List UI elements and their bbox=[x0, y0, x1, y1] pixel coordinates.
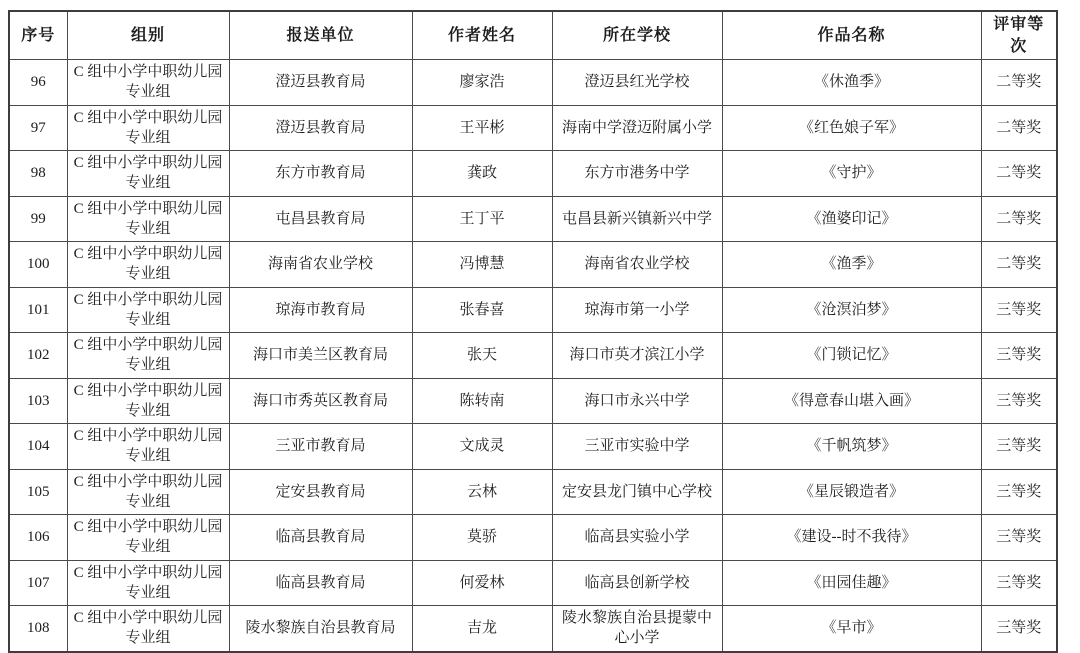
table-body: 96C 组中小学中职幼儿园专业组澄迈县教育局廖家浩澄迈县红光学校《休渔季》二等奖… bbox=[9, 60, 1057, 652]
cell-award: 二等奖 bbox=[981, 242, 1057, 288]
cell-no: 98 bbox=[9, 151, 67, 197]
cell-work: 《休渔季》 bbox=[722, 60, 981, 106]
cell-work: 《千帆筑梦》 bbox=[722, 424, 981, 470]
cell-work: 《建设--时不我待》 bbox=[722, 515, 981, 561]
cell-award: 二等奖 bbox=[981, 60, 1057, 106]
header-cell-work: 作品名称 bbox=[722, 11, 981, 60]
cell-award: 二等奖 bbox=[981, 151, 1057, 197]
cell-group: C 组中小学中职幼儿园专业组 bbox=[67, 242, 229, 288]
cell-author: 龚政 bbox=[412, 151, 552, 197]
cell-school: 澄迈县红光学校 bbox=[552, 60, 722, 106]
cell-no: 103 bbox=[9, 378, 67, 424]
cell-work: 《沧溟泊梦》 bbox=[722, 287, 981, 333]
cell-no: 107 bbox=[9, 560, 67, 606]
table-row: 104C 组中小学中职幼儿园专业组三亚市教育局文成灵三亚市实验中学《千帆筑梦》三… bbox=[9, 424, 1057, 470]
cell-unit: 海口市秀英区教育局 bbox=[229, 378, 412, 424]
cell-no: 96 bbox=[9, 60, 67, 106]
cell-no: 101 bbox=[9, 287, 67, 333]
cell-author: 云林 bbox=[412, 469, 552, 515]
cell-work: 《门锁记忆》 bbox=[722, 333, 981, 379]
table-row: 100C 组中小学中职幼儿园专业组海南省农业学校冯博慧海南省农业学校《渔季》二等… bbox=[9, 242, 1057, 288]
cell-no: 97 bbox=[9, 105, 67, 151]
table-row: 106C 组中小学中职幼儿园专业组临高县教育局莫骄临高县实验小学《建设--时不我… bbox=[9, 515, 1057, 561]
table-row: 98C 组中小学中职幼儿园专业组东方市教育局龚政东方市港务中学《守护》二等奖 bbox=[9, 151, 1057, 197]
cell-author: 何爱林 bbox=[412, 560, 552, 606]
cell-no: 102 bbox=[9, 333, 67, 379]
cell-author: 王平彬 bbox=[412, 105, 552, 151]
cell-no: 105 bbox=[9, 469, 67, 515]
cell-no: 108 bbox=[9, 606, 67, 652]
cell-school: 琼海市第一小学 bbox=[552, 287, 722, 333]
cell-unit: 琼海市教育局 bbox=[229, 287, 412, 333]
cell-award: 二等奖 bbox=[981, 105, 1057, 151]
cell-award: 三等奖 bbox=[981, 469, 1057, 515]
cell-author: 王丁平 bbox=[412, 196, 552, 242]
cell-school: 海南省农业学校 bbox=[552, 242, 722, 288]
cell-award: 三等奖 bbox=[981, 287, 1057, 333]
cell-author: 吉龙 bbox=[412, 606, 552, 652]
cell-school: 三亚市实验中学 bbox=[552, 424, 722, 470]
cell-school: 临高县实验小学 bbox=[552, 515, 722, 561]
cell-no: 104 bbox=[9, 424, 67, 470]
cell-group: C 组中小学中职幼儿园专业组 bbox=[67, 333, 229, 379]
cell-group: C 组中小学中职幼儿园专业组 bbox=[67, 515, 229, 561]
cell-unit: 澄迈县教育局 bbox=[229, 105, 412, 151]
cell-group: C 组中小学中职幼儿园专业组 bbox=[67, 560, 229, 606]
cell-school: 海南中学澄迈附属小学 bbox=[552, 105, 722, 151]
cell-award: 三等奖 bbox=[981, 515, 1057, 561]
cell-group: C 组中小学中职幼儿园专业组 bbox=[67, 424, 229, 470]
cell-group: C 组中小学中职幼儿园专业组 bbox=[67, 60, 229, 106]
table-row: 101C 组中小学中职幼儿园专业组琼海市教育局张春喜琼海市第一小学《沧溟泊梦》三… bbox=[9, 287, 1057, 333]
cell-unit: 临高县教育局 bbox=[229, 515, 412, 561]
cell-author: 廖家浩 bbox=[412, 60, 552, 106]
cell-unit: 海口市美兰区教育局 bbox=[229, 333, 412, 379]
cell-unit: 临高县教育局 bbox=[229, 560, 412, 606]
cell-school: 定安县龙门镇中心学校 bbox=[552, 469, 722, 515]
header-row: 序号组别报送单位作者姓名所在学校作品名称评审等次 bbox=[9, 11, 1057, 60]
table-row: 108C 组中小学中职幼儿园专业组陵水黎族自治县教育局吉龙陵水黎族自治县提蒙中心… bbox=[9, 606, 1057, 652]
cell-work: 《渔婆印记》 bbox=[722, 196, 981, 242]
cell-author: 文成灵 bbox=[412, 424, 552, 470]
cell-group: C 组中小学中职幼儿园专业组 bbox=[67, 287, 229, 333]
header-cell-unit: 报送单位 bbox=[229, 11, 412, 60]
cell-school: 陵水黎族自治县提蒙中心小学 bbox=[552, 606, 722, 652]
cell-school: 海口市永兴中学 bbox=[552, 378, 722, 424]
table-row: 103C 组中小学中职幼儿园专业组海口市秀英区教育局陈转南海口市永兴中学《得意春… bbox=[9, 378, 1057, 424]
cell-award: 三等奖 bbox=[981, 560, 1057, 606]
cell-work: 《星辰锻造者》 bbox=[722, 469, 981, 515]
cell-no: 100 bbox=[9, 242, 67, 288]
cell-unit: 东方市教育局 bbox=[229, 151, 412, 197]
table-header: 序号组别报送单位作者姓名所在学校作品名称评审等次 bbox=[9, 11, 1057, 60]
header-cell-no: 序号 bbox=[9, 11, 67, 60]
cell-school: 屯昌县新兴镇新兴中学 bbox=[552, 196, 722, 242]
header-cell-award: 评审等次 bbox=[981, 11, 1057, 60]
table-row: 96C 组中小学中职幼儿园专业组澄迈县教育局廖家浩澄迈县红光学校《休渔季》二等奖 bbox=[9, 60, 1057, 106]
cell-award: 三等奖 bbox=[981, 378, 1057, 424]
cell-no: 106 bbox=[9, 515, 67, 561]
cell-author: 冯博慧 bbox=[412, 242, 552, 288]
table-row: 99C 组中小学中职幼儿园专业组屯昌县教育局王丁平屯昌县新兴镇新兴中学《渔婆印记… bbox=[9, 196, 1057, 242]
cell-work: 《得意春山堪入画》 bbox=[722, 378, 981, 424]
cell-work: 《田园佳趣》 bbox=[722, 560, 981, 606]
table-row: 105C 组中小学中职幼儿园专业组定安县教育局云林定安县龙门镇中心学校《星辰锻造… bbox=[9, 469, 1057, 515]
cell-group: C 组中小学中职幼儿园专业组 bbox=[67, 378, 229, 424]
cell-unit: 陵水黎族自治县教育局 bbox=[229, 606, 412, 652]
cell-unit: 海南省农业学校 bbox=[229, 242, 412, 288]
cell-school: 东方市港务中学 bbox=[552, 151, 722, 197]
award-results-table: 序号组别报送单位作者姓名所在学校作品名称评审等次 96C 组中小学中职幼儿园专业… bbox=[8, 10, 1058, 653]
cell-unit: 三亚市教育局 bbox=[229, 424, 412, 470]
cell-school: 临高县创新学校 bbox=[552, 560, 722, 606]
cell-award: 三等奖 bbox=[981, 333, 1057, 379]
cell-unit: 屯昌县教育局 bbox=[229, 196, 412, 242]
cell-author: 张春喜 bbox=[412, 287, 552, 333]
cell-group: C 组中小学中职幼儿园专业组 bbox=[67, 469, 229, 515]
table-row: 102C 组中小学中职幼儿园专业组海口市美兰区教育局张天海口市英才滨江小学《门锁… bbox=[9, 333, 1057, 379]
cell-author: 陈转南 bbox=[412, 378, 552, 424]
cell-unit: 澄迈县教育局 bbox=[229, 60, 412, 106]
cell-work: 《红色娘子军》 bbox=[722, 105, 981, 151]
cell-group: C 组中小学中职幼儿园专业组 bbox=[67, 606, 229, 652]
cell-group: C 组中小学中职幼儿园专业组 bbox=[67, 196, 229, 242]
cell-unit: 定安县教育局 bbox=[229, 469, 412, 515]
cell-group: C 组中小学中职幼儿园专业组 bbox=[67, 105, 229, 151]
cell-award: 三等奖 bbox=[981, 424, 1057, 470]
cell-school: 海口市英才滨江小学 bbox=[552, 333, 722, 379]
cell-group: C 组中小学中职幼儿园专业组 bbox=[67, 151, 229, 197]
header-cell-group: 组别 bbox=[67, 11, 229, 60]
cell-author: 莫骄 bbox=[412, 515, 552, 561]
cell-no: 99 bbox=[9, 196, 67, 242]
cell-award: 三等奖 bbox=[981, 606, 1057, 652]
cell-work: 《守护》 bbox=[722, 151, 981, 197]
cell-work: 《渔季》 bbox=[722, 242, 981, 288]
header-cell-author: 作者姓名 bbox=[412, 11, 552, 60]
cell-award: 二等奖 bbox=[981, 196, 1057, 242]
header-cell-school: 所在学校 bbox=[552, 11, 722, 60]
table-row: 107C 组中小学中职幼儿园专业组临高县教育局何爱林临高县创新学校《田园佳趣》三… bbox=[9, 560, 1057, 606]
table-row: 97C 组中小学中职幼儿园专业组澄迈县教育局王平彬海南中学澄迈附属小学《红色娘子… bbox=[9, 105, 1057, 151]
cell-author: 张天 bbox=[412, 333, 552, 379]
cell-work: 《早市》 bbox=[722, 606, 981, 652]
